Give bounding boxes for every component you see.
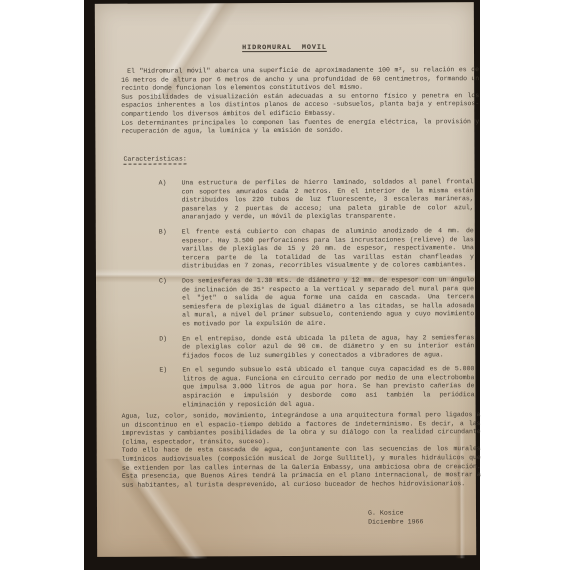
intro-paragraph: El "Hidromural móvil" abarca una superfi… [121,66,479,93]
closing-paragraph: Agua, luz, color, sonido, movimiento, in… [122,411,481,447]
section-heading: Características: [123,155,186,162]
scan-canvas: HIDROMURAL MOVIL El "Hidromural móvil" a… [0,0,570,570]
list-item: D) En el entrepiso, donde está ubicada l… [159,334,474,361]
list-item-label: A) [159,180,167,189]
signature-block: G. Kosice Diciembre 1966 [368,508,423,526]
list-item: E) En el segundo subsuelo está ubicado e… [159,365,474,409]
list-item: A) Una estructura de perfiles de hierro … [159,178,474,222]
intro-paragraph: Los determinantes principales lo compone… [121,118,479,137]
signature-name: G. Kosice [368,508,423,517]
list-item-text: El frente está cubierto con chapas de al… [182,227,474,270]
intro-paragraphs: El "Hidromural móvil" abarca una superfi… [121,66,479,136]
signature-date: Diciembre 1966 [368,517,423,526]
list-item-label: B) [159,228,167,237]
list-item-label: E) [159,367,167,376]
list-item-text: En el segundo subsuelo está ubicado el t… [182,365,474,408]
list-item-text: En el entrepiso, donde está ubicada la p… [182,334,474,359]
list-item: C) Dos semiesferas de 1.30 mts. de diáme… [159,276,474,329]
document-photo: HIDROMURAL MOVIL El "Hidromural móvil" a… [84,0,480,570]
list-item: B) El frente está cubierto con chapas de… [159,227,474,271]
list-item-label: C) [159,277,167,286]
list-item-text: Dos semiesferas de 1.30 mts. de diámetro… [182,276,474,327]
characteristics-list: A) Una estructura de perfiles de hierro … [159,178,475,416]
page-title: HIDROMURAL MOVIL [95,43,474,53]
typewritten-page: HIDROMURAL MOVIL El "Hidromural móvil" a… [95,2,476,557]
list-item-text: Una estructura de perfiles de hierro lam… [182,178,474,221]
intro-paragraph: Sus posibilidades de visualización están… [121,92,479,119]
list-item-label: D) [159,335,167,344]
closing-paragraph: Todo ello hace de esta cascada de agua, … [122,446,481,491]
closing-paragraphs: Agua, luz, color, sonido, movimiento, in… [122,411,481,490]
